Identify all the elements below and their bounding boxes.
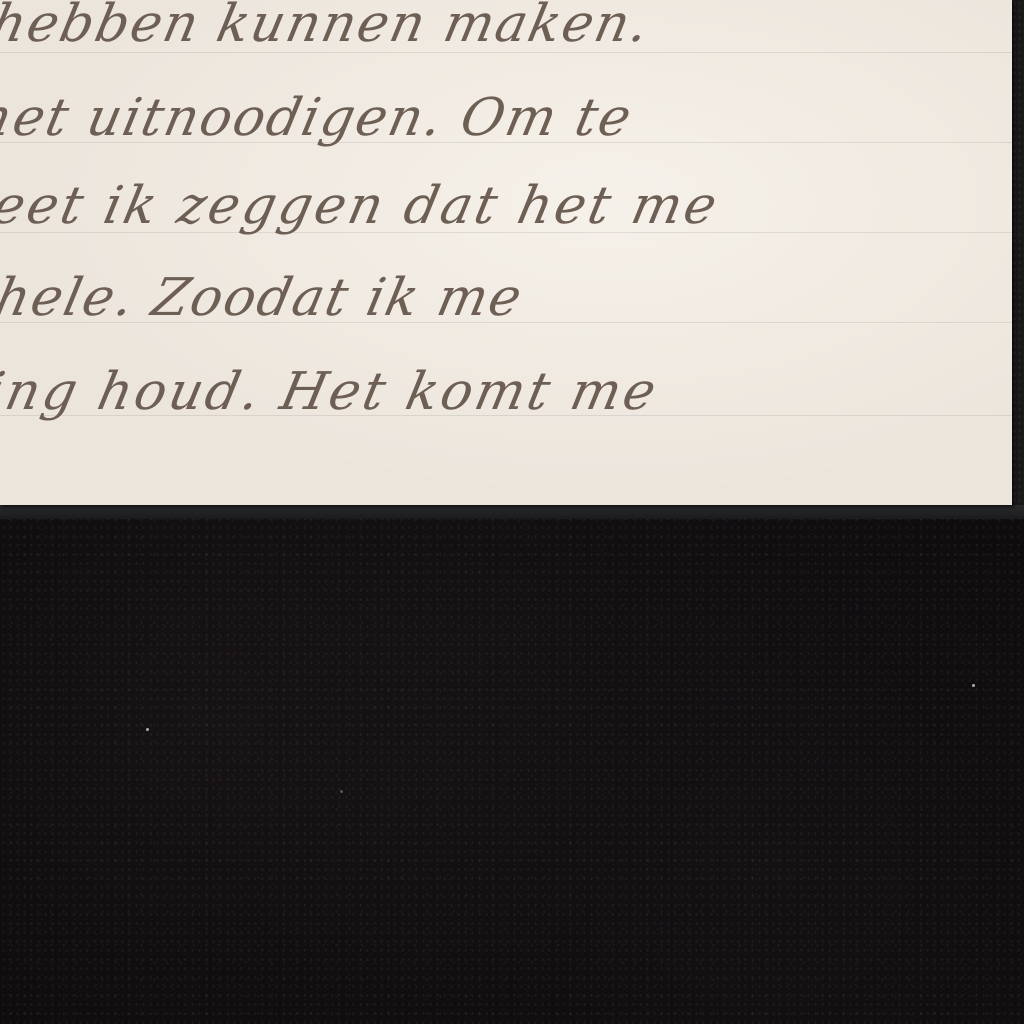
dust-speck xyxy=(972,684,975,687)
handwritten-line-1: hebben kunnen maken. xyxy=(0,0,656,54)
handwritten-line-2: het uitnoodigen. Om te xyxy=(0,88,638,148)
velvet-background xyxy=(0,505,1024,1024)
dust-speck xyxy=(146,728,149,731)
handwritten-line-4: hele. Zoodat ik me xyxy=(0,268,529,328)
handwritten-line-5: ning houd. Het komt me xyxy=(0,362,664,422)
letter-page: hebben kunnen maken. het uitnoodigen. Om… xyxy=(0,0,1012,505)
velvet-background-right xyxy=(1012,0,1024,505)
document-photo: hebben kunnen maken. het uitnoodigen. Om… xyxy=(0,0,1024,1024)
dust-speck xyxy=(340,790,343,793)
handwritten-line-3: weet ik zeggen dat het me xyxy=(0,176,725,236)
mount-border xyxy=(0,505,1024,519)
